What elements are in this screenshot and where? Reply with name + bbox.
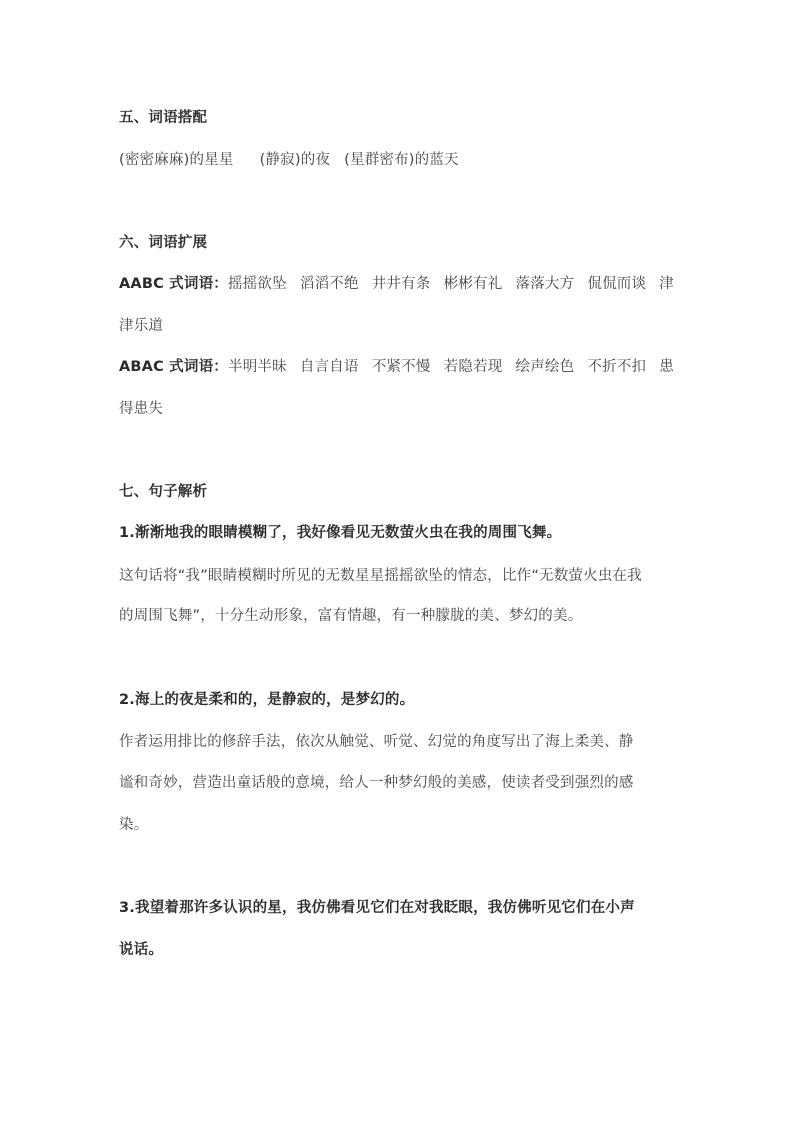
- word: 半明半昧: [228, 359, 287, 375]
- aabc-label: AABC 式词语：: [119, 276, 228, 292]
- analysis-1-line-2: 的周围飞舞”，十分生动形象，富有情趣，有一种朦胧的美、梦幻的美。: [119, 606, 582, 626]
- word: 不折不扣: [587, 357, 646, 377]
- word: 摇摇欲坠: [228, 276, 287, 292]
- pairing-item: (密密麻麻)的星星: [119, 152, 234, 168]
- section-seven-title: 七、句子解析: [119, 482, 207, 502]
- word: 若隐若现: [444, 357, 503, 377]
- word: 侃侃而谈: [587, 274, 646, 294]
- sentence-2: 2.海上的夜是柔和的，是静寂的，是梦幻的。: [119, 690, 414, 710]
- analysis-1-line-1: 这句话将“我”眼睛模糊时所见的无数星星摇摇欲坠的情态，比作“无数萤火虫在我: [119, 566, 642, 586]
- sentence-3-line-1: 3.我望着那许多认识的星，我仿佛看见它们在对我眨眼，我仿佛听见它们在小声: [119, 898, 635, 918]
- abac-label: ABAC 式词语：: [119, 359, 228, 375]
- sentence-1: 1.渐渐地我的眼睛模糊了，我好像看见无数萤火虫在我的周围飞舞。: [119, 523, 561, 543]
- abac-row: ABAC 式词语：半明半昧 自言自语 不紧不慢 若隐若现 绘声绘色 不折不扣 患: [119, 357, 674, 377]
- analysis-2-line-2: 谧和奇妙，营造出童话般的意境，给人一种梦幻般的美感，使读者受到强烈的感: [119, 773, 634, 793]
- sentence-3-line-2: 说话。: [119, 940, 163, 960]
- word: 患: [659, 357, 674, 377]
- abac-continuation: 得患失: [119, 399, 163, 419]
- word: 自言自语: [300, 357, 359, 377]
- aabc-row: AABC 式词语：摇摇欲坠 滔滔不绝 井井有条 彬彬有礼 落落大方 侃侃而谈 津: [119, 274, 674, 294]
- word: 滔滔不绝: [300, 274, 359, 294]
- word: 落落大方: [516, 274, 575, 294]
- analysis-2-line-3: 染。: [119, 815, 148, 835]
- word: 不紧不慢: [372, 357, 431, 377]
- word: 津: [659, 274, 674, 294]
- section-five-title: 五、词语搭配: [119, 108, 207, 128]
- pairing-item: (静寂)的夜: [260, 152, 331, 168]
- word: 彬彬有礼: [444, 274, 503, 294]
- word: 绘声绘色: [516, 357, 575, 377]
- word: 井井有条: [372, 274, 431, 294]
- word-pairing-row: (密密麻麻)的星星(静寂)的夜(星群密布)的蓝天: [119, 150, 459, 170]
- analysis-2-line-1: 作者运用排比的修辞手法，依次从触觉、听觉、幻觉的角度写出了海上柔美、静: [119, 732, 634, 752]
- section-six-title: 六、词语扩展: [119, 233, 207, 253]
- aabc-continuation: 津乐道: [119, 316, 163, 336]
- pairing-item: (星群密布)的蓝天: [344, 152, 459, 168]
